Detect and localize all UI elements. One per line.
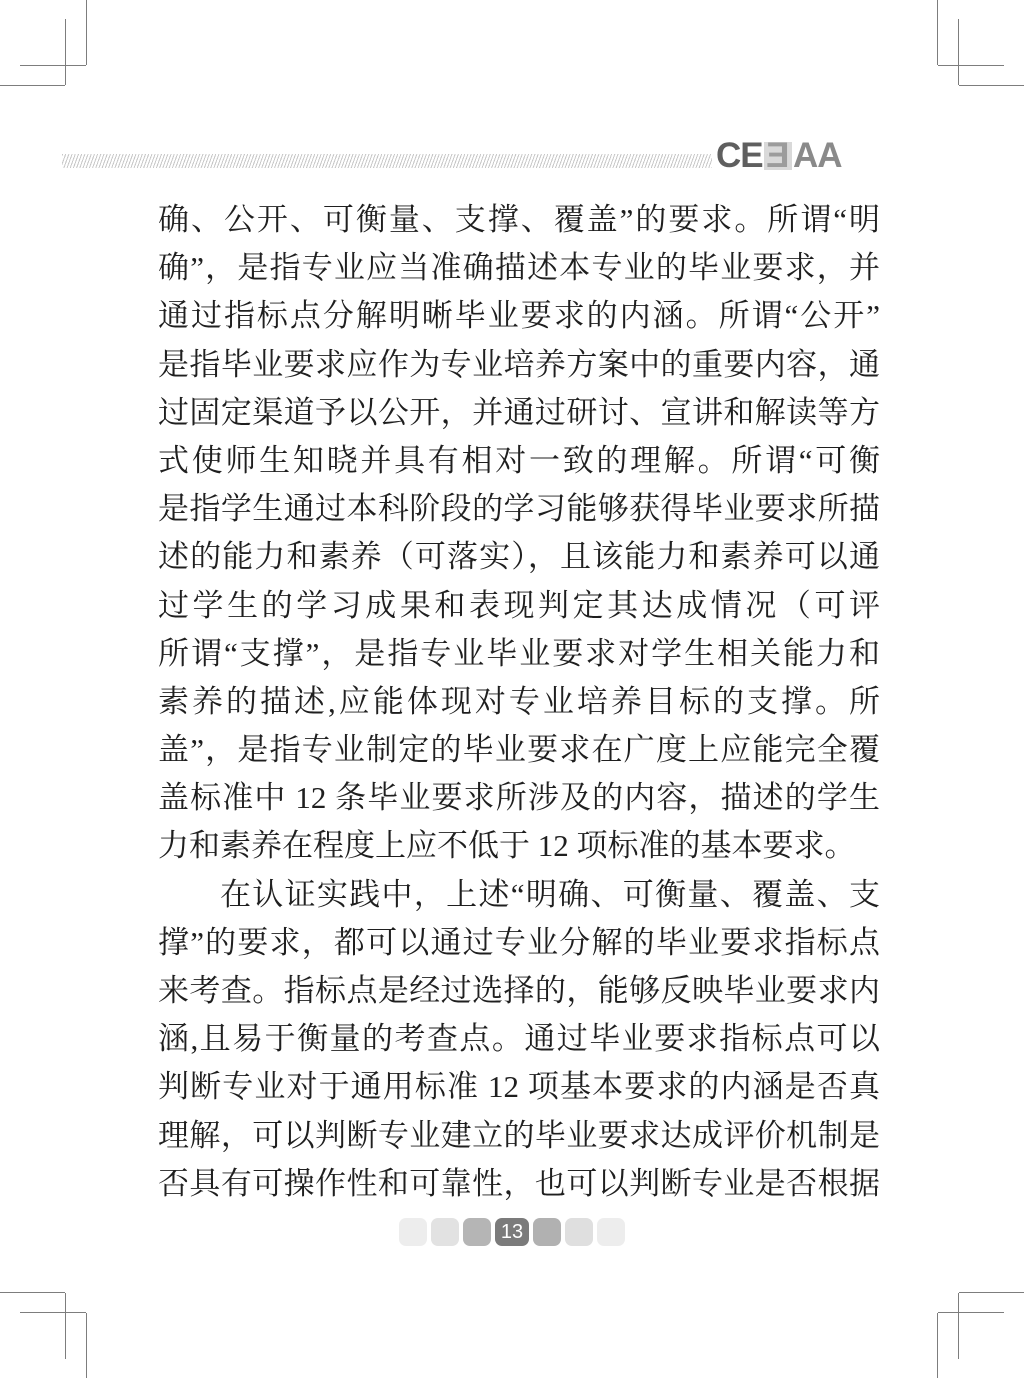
page-square: [399, 1218, 427, 1246]
ceeaa-logo: CE E AA: [716, 138, 842, 174]
page-square: [565, 1218, 593, 1246]
text-line: 撑”的要求，都可以通过专业分解的毕业要求指标点: [158, 919, 880, 967]
page-square: [597, 1218, 625, 1246]
text-line: 确”，是指专业应当准确描述本专业的毕业要求，并: [158, 244, 880, 292]
logo-reversed-e: E: [767, 138, 789, 174]
text-line: 是指毕业要求应作为专业培养方案中的重要内容，通: [158, 341, 880, 389]
text-line: 在认证实践中，上述“明确、可衡量、覆盖、支: [158, 871, 880, 919]
crop-mark: [938, 65, 1004, 66]
page-square: [463, 1218, 491, 1246]
crop-mark: [937, 1313, 938, 1378]
body-text: 确、公开、可衡量、支撑、覆盖”的要求。所谓“明确”，是指专业应当准确描述本专业的…: [158, 196, 880, 1208]
text-line: 确、公开、可衡量、支撑、覆盖”的要求。所谓“明: [158, 196, 880, 244]
crop-mark: [958, 1293, 959, 1359]
crop-mark: [959, 1292, 1024, 1293]
crop-mark: [20, 65, 86, 66]
text-line: 力和素养在程度上应不低于 12 项标准的基本要求。: [158, 822, 880, 870]
header-hatch-rule: [62, 154, 712, 168]
crop-mark: [958, 19, 959, 85]
crop-mark: [86, 1313, 87, 1378]
crop-mark: [20, 1312, 86, 1313]
logo-reversed-e-box: E: [764, 142, 792, 170]
text-line: 过固定渠道予以公开，并通过研讨、宣讲和解读等方: [158, 389, 880, 437]
text-line: 理解，可以判断专业建立的毕业要求达成评价机制是: [158, 1112, 880, 1160]
text-line: 通过指标点分解明晰毕业要求的内涵。所谓“公开”: [158, 292, 880, 340]
current-page-number-square: 13: [495, 1218, 529, 1246]
crop-mark: [86, 0, 87, 65]
text-line: 盖标准中 12 条毕业要求所涉及的内容，描述的学生能: [158, 774, 880, 822]
page-square: [431, 1218, 459, 1246]
page-square: [533, 1218, 561, 1246]
crop-mark: [0, 1292, 65, 1293]
crop-mark: [65, 19, 66, 85]
logo-text-aa: AA: [793, 138, 842, 174]
text-line: 式使师生知晓并具有相对一致的理解。所谓“可衡量”，: [158, 437, 880, 485]
text-line: 过学生的学习成果和表现判定其达成情况（可评价）。: [158, 582, 880, 630]
crop-mark: [65, 1293, 66, 1359]
text-line: 来考查。指标点是经过选择的，能够反映毕业要求内: [158, 967, 880, 1015]
crop-mark: [0, 85, 65, 86]
page-indicator: 13: [399, 1218, 625, 1246]
text-line: 是指学生通过本科阶段的学习能够获得毕业要求所描: [158, 485, 880, 533]
text-line: 述的能力和素养（可落实），且该能力和素养可以通: [158, 533, 880, 581]
text-line: 涵,且易于衡量的考查点。通过毕业要求指标点可以: [158, 1015, 880, 1063]
text-line: 所谓“支撑”，是指专业毕业要求对学生相关能力和: [158, 630, 880, 678]
text-line: 否具有可操作性和可靠性，也可以判断专业是否根据: [158, 1160, 880, 1208]
text-line: 素养的描述,应能体现对专业培养目标的支撑。所谓“覆: [158, 678, 880, 726]
crop-mark: [937, 0, 938, 65]
crop-mark: [938, 1312, 1004, 1313]
crop-mark: [959, 85, 1024, 86]
text-line: 判断专业对于通用标准 12 项基本要求的内涵是否真正: [158, 1063, 880, 1111]
logo-text-ce: CE: [716, 138, 763, 174]
text-line: 盖”，是指专业制定的毕业要求在广度上应能完全覆: [158, 726, 880, 774]
book-page: CE E AA 确、公开、可衡量、支撑、覆盖”的要求。所谓“明确”，是指专业应当…: [0, 0, 1024, 1378]
